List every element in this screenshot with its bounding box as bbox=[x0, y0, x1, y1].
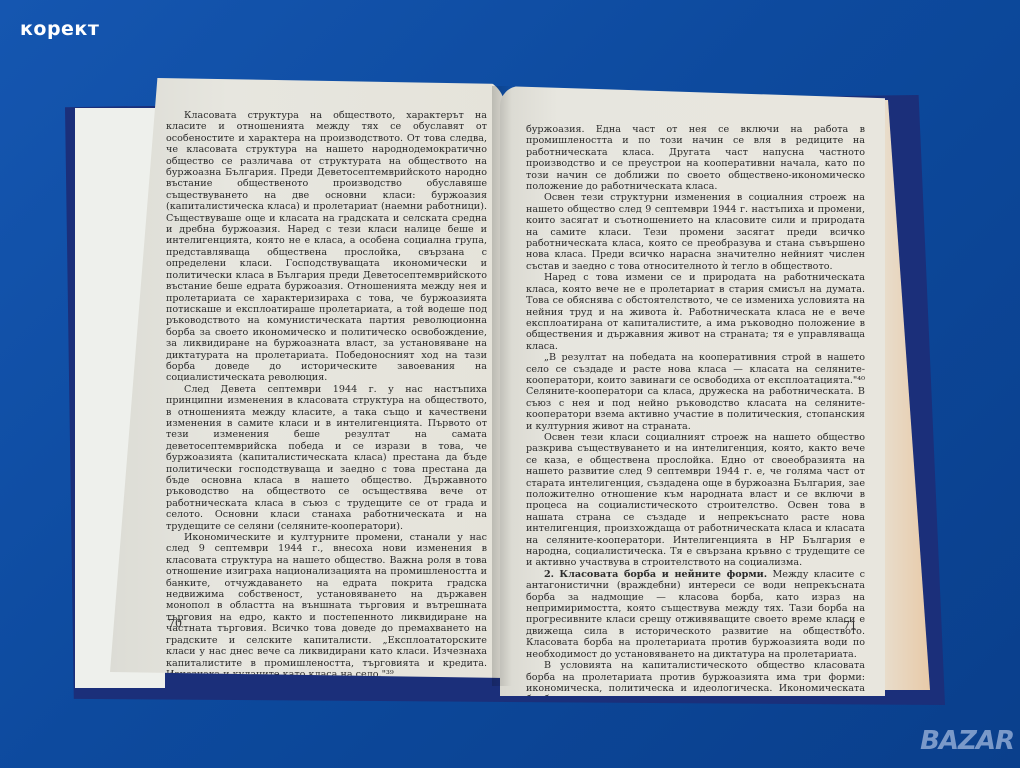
paragraph: Освен тези структурни изменения в социал… bbox=[526, 192, 865, 272]
bazar-watermark: BAZAR bbox=[920, 726, 1014, 756]
page-number-left: 70 bbox=[168, 617, 182, 630]
paragraph: Освен тези класи социалният строеж на на… bbox=[526, 432, 865, 569]
book-gutter-shadow bbox=[492, 86, 512, 686]
section-text: Между класите с антагонистични (враждебн… bbox=[526, 569, 865, 660]
store-label: корект bbox=[20, 18, 99, 40]
paragraph: Наред с това измени се и природата на ра… bbox=[526, 272, 865, 352]
paragraph: В условията на капиталистическото общест… bbox=[526, 660, 865, 696]
right-page: буржоазия. Една част от нея се включи на… bbox=[500, 86, 885, 696]
paragraph: Класовата структура на обществото, харак… bbox=[166, 110, 487, 384]
paragraph: Икономическите и културните промени, ста… bbox=[166, 532, 487, 678]
paragraph: След Девета септември 1944 г. у нас наст… bbox=[166, 384, 487, 532]
left-page: Класовата структура на обществото, харак… bbox=[110, 78, 505, 678]
section-number: 2. bbox=[544, 569, 554, 580]
section-title: Класовата борба и нейните форми. bbox=[559, 569, 767, 580]
page-number-right: 71 bbox=[843, 619, 857, 632]
paragraph: „В резултат на победата на кооперативния… bbox=[526, 352, 865, 432]
paragraph: буржоазия. Една част от нея се включи на… bbox=[526, 124, 865, 192]
section-heading-paragraph: 2. Класовата борба и нейните форми. Межд… bbox=[526, 569, 865, 660]
